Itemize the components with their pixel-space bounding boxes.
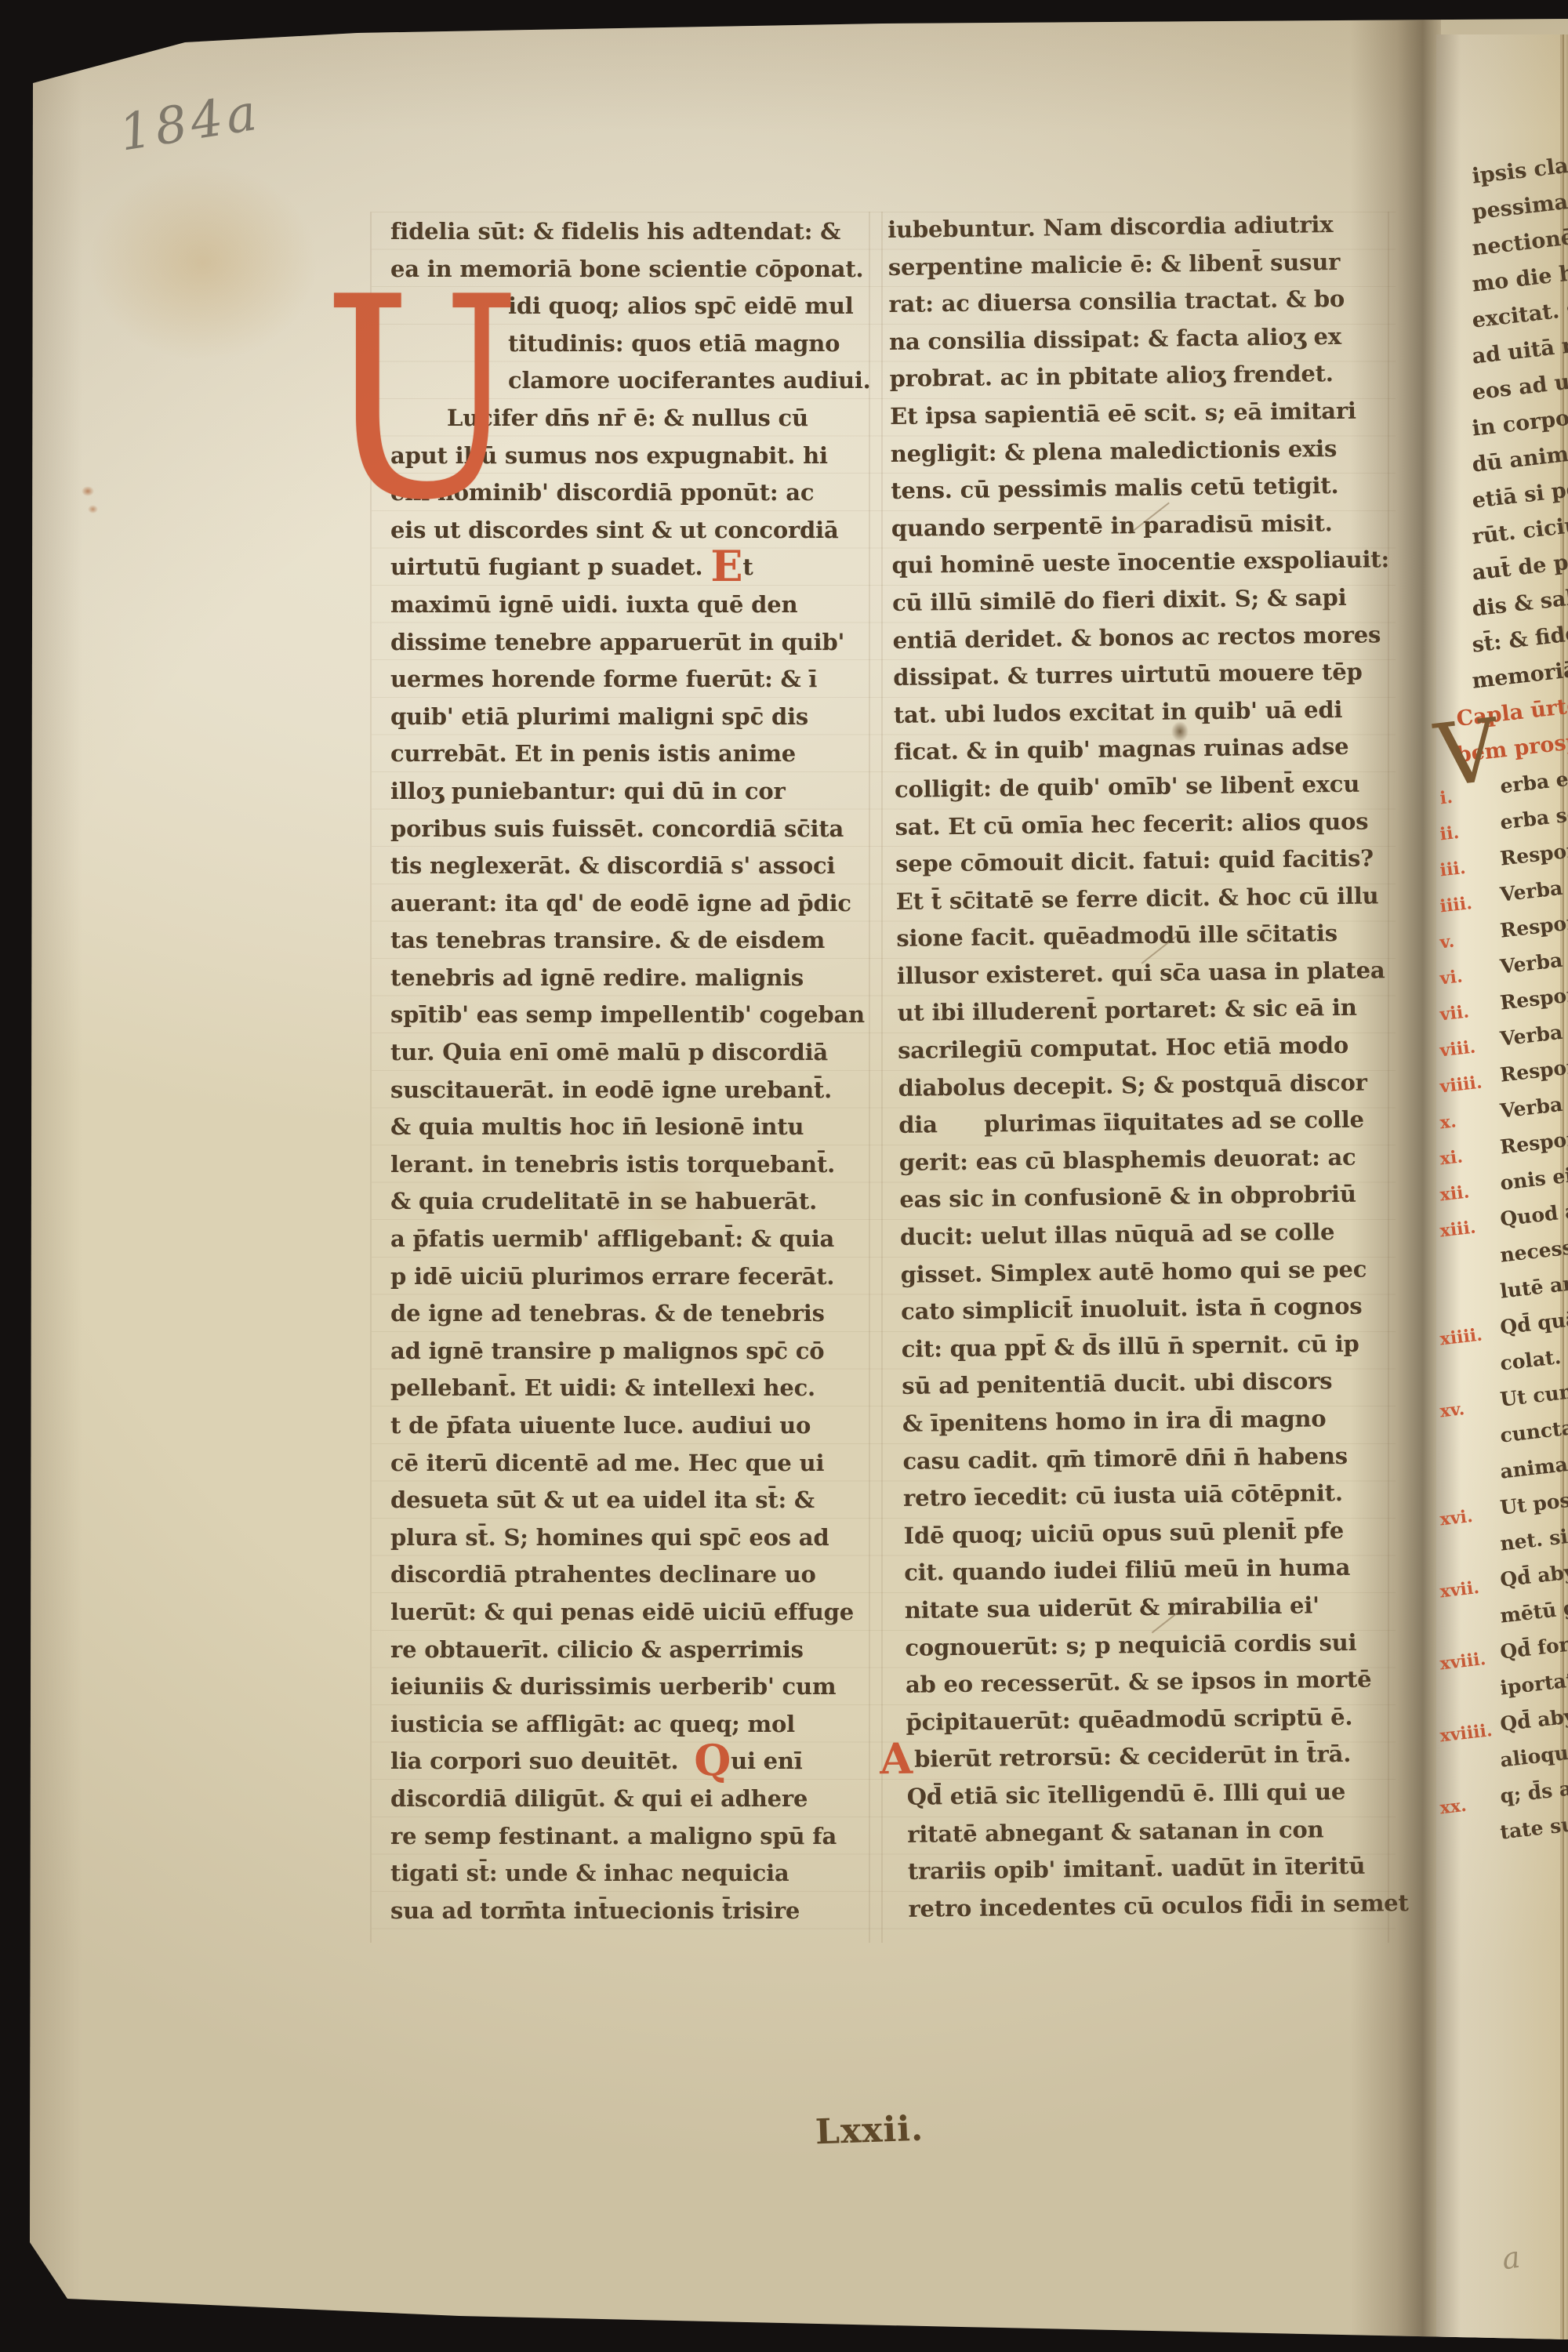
text-line: entiā deridet. & bonos ac rectos mores — [892, 616, 1404, 660]
text-segment: & īpenitens homo in ira d̄i magno — [902, 1405, 1327, 1437]
text-segment: cognouerūt: s; p nequiciā cordis sui — [905, 1628, 1356, 1661]
text-segment: discordiā ptrahentes declinare uo — [390, 1561, 816, 1588]
text-segment: nitate sua uiderūt & mirabilia ei' — [905, 1592, 1319, 1623]
quire-signature: Lxxii. — [815, 2109, 924, 2153]
text-segment: Et t̄ sc̄itatē se ferre dicit. & hoc cū … — [896, 882, 1379, 915]
text-line: sua ad torm̄ta int̄uecionis t̄risire — [390, 1893, 870, 1930]
text-line: re semp festinant. a maligno spū fa — [390, 1818, 870, 1856]
text-segment: illusor existeret. qui sc̄a uasa in plat… — [897, 956, 1385, 989]
text-line: luerūt: & qui penas eidē uiciū effuge — [390, 1594, 870, 1632]
text-segment: dissime tenebre apparuerūt in quib' — [390, 629, 844, 655]
text-line: quando serpentē in paradisū misit. — [891, 504, 1403, 548]
text-segment: rat: ac diuersa consilia tractat. & bo — [888, 285, 1345, 318]
text-line: a p̄fatis uermib' affligebant̄: & quia — [390, 1221, 870, 1258]
text-segment: tas tenebras transire. & de eisdem — [390, 927, 825, 953]
text-line: Et ipsa sapientiā eē scit. s; eā imitari — [890, 392, 1402, 436]
text-segment: illoʒ puniebantur: qui dū in cor — [390, 778, 786, 804]
text-segment: ducit: uelut illas nūquā ad se colle — [900, 1218, 1335, 1250]
text-line: rat: ac diuersa consilia tractat. & bo — [888, 280, 1400, 324]
photo-backdrop: { "photo": { "folio_number": "184a", "qu… — [0, 0, 1568, 2352]
text-segment: tenebris ad ignē redire. malignis — [390, 964, 804, 991]
text-segment: Et ipsa sapientiā eē scit. s; eā imitari — [890, 397, 1356, 430]
text-segment: probrat. ac in pbitate alioʒ frendet. — [889, 360, 1333, 392]
text-line: p idē uiciū plurimos errare fecerāt. — [390, 1258, 870, 1296]
text-column-left: fidelia sūt: & fidelis his adtendat: &ea… — [390, 213, 870, 1929]
text-line: sione facit. quēadmodū ille sc̄itatis — [896, 914, 1408, 958]
text-line: cit. quando iudei filiū meū in huma — [904, 1548, 1416, 1592]
text-segment: p idē uiciū plurimos errare fecerāt. — [390, 1263, 834, 1290]
text-line: currebāt. Et in penis istis anime — [390, 735, 870, 773]
text-segment: p̄cipitauerūt: quēadmodū scriptū ē. — [906, 1704, 1352, 1736]
text-line: casu cadit. qm̄ timorē dn̄i n̄ habens — [902, 1437, 1414, 1481]
text-segment: cū illū similē do fieri dixit. S; & sapi — [892, 584, 1347, 616]
text-line: dia plurimas īiquitates ad se colle — [898, 1101, 1410, 1145]
text-line: p̄cipitauerūt: quēadmodū scriptū ē. — [906, 1698, 1417, 1742]
text-segment: spītib' eas semp impellentib' cogeban — [390, 1001, 865, 1028]
text-segment: & quia crudelitatē in se habuerāt. — [390, 1188, 817, 1214]
text-line: ducit: uelut illas nūquā ad se colle — [900, 1213, 1412, 1257]
rubricated-initial-A: A — [880, 1759, 914, 1759]
text-line: poribus suis fuissēt. concordiā sc̄ita — [390, 811, 870, 848]
text-line: sat. Et cū omīa hec fecerit: alios quos — [895, 802, 1406, 846]
text-segment: tis neglexerāt. & discordiā s' associ — [390, 852, 835, 879]
text-segment: lerant. in tenebris istis torquebant̄. — [390, 1151, 835, 1178]
text-segment: re obtauerīt. cilicio & asperrimis — [390, 1636, 804, 1663]
text-line: cē iterū dicentē ad me. Hec que ui — [390, 1445, 870, 1483]
text-line: cit: qua ppt̄ & d̄s illū n̄ spernit. cū … — [901, 1325, 1413, 1369]
text-line: diabolus decepit. S; & postquā discor — [898, 1064, 1410, 1108]
text-segment: pellebant̄. Et uidi: & intellexi hec. — [390, 1374, 815, 1401]
text-line: na consilia dissipat: & facta alioʒ ex — [889, 318, 1401, 361]
text-line: auerant: ita qd' de eodē igne ad p̄dic — [390, 885, 870, 923]
text-segment: uermes horende forme fuerūt: & ī — [390, 666, 817, 692]
text-segment: entiā deridet. & bonos ac rectos mores — [892, 621, 1381, 654]
rubricated-initial-Q: Q — [694, 1735, 731, 1785]
text-segment: dia plurimas īiquitates ad se colle — [898, 1106, 1364, 1138]
text-line: tat. ubi ludos excitat in quib' uā edi — [894, 691, 1406, 735]
text-segment: suscitauerāt. in eodē igne urebant̄. — [390, 1076, 832, 1103]
text-segment: re semp festinant. a maligno spū fa — [390, 1823, 837, 1849]
text-segment: retro īecedit: cū iusta uiā cōtēpnit. — [903, 1479, 1343, 1512]
text-segment: qui hominē ueste īnocentie exspoliauit: — [891, 546, 1389, 579]
text-line: negligit: & plena maledictionis exis — [890, 430, 1402, 474]
text-line: Idē quoq; uiciū opus suū plenit̄ pfe — [903, 1512, 1415, 1555]
text-segment: auerant: ita qd' de eodē igne ad p̄dic — [390, 890, 851, 916]
text-line: qui hominē ueste īnocentie exspoliauit: — [891, 541, 1403, 585]
text-segment: cit: qua ppt̄ & d̄s illū n̄ spernit. cū … — [902, 1330, 1359, 1363]
text-line: discordiā ptrahentes declinare uo — [390, 1556, 870, 1594]
text-segment: sacrilegiū computat. Hoc etiā modo — [898, 1032, 1348, 1064]
text-segment: discordiā diligūt. & qui ei adhere — [390, 1785, 808, 1812]
text-segment: poribus suis fuissēt. concordiā sc̄ita — [390, 815, 844, 842]
text-segment: ritatē abnegant & satanan in con — [907, 1816, 1324, 1847]
text-line: desueta sūt & ut ea uidel ita st̄: & — [390, 1482, 870, 1519]
text-line: tur. Quia enī omē malū p discordiā — [390, 1034, 870, 1072]
text-segment: titudinis: quos etiā magno — [508, 330, 840, 357]
text-line: ritatē abnegant & satanan in con — [907, 1809, 1419, 1853]
text-segment: ad ignē transire p malignos spc̄ cō — [390, 1338, 824, 1364]
text-line: & quia multis hoc in̄ lesionē intu — [390, 1109, 870, 1146]
manuscript-page: 184a fidelia sūt: & fidelis his adtendat… — [20, 16, 1568, 2339]
text-line: tis neglexerāt. & discordiā s' associ — [390, 848, 870, 885]
text-line: eas sic in confusionē & in obprobriū — [899, 1175, 1411, 1219]
text-line: & īpenitens homo in ira d̄i magno — [902, 1399, 1414, 1443]
text-segment: idi quoq; alios spc̄ eidē mul — [508, 292, 854, 319]
text-segment: dissipat. & turres uirtutū mouere tēp — [893, 659, 1363, 691]
text-line: probrat. ac in pbitate alioʒ frendet. — [889, 354, 1401, 398]
text-line: gerit: eas cū blasphemis deuorat: ac — [899, 1138, 1411, 1182]
text-segment: tur. Quia enī omē malū p discordiā — [390, 1039, 828, 1065]
folio-number-pencil: 184a — [115, 83, 264, 162]
text-line: discordiā diligūt. & qui ei adhere — [390, 1780, 870, 1818]
text-segment: cē iterū dicentē ad me. Hec que ui — [390, 1450, 824, 1476]
text-line: ieiuniis & durissimis uerberib' cum — [390, 1668, 870, 1706]
text-segment: ut ibi illuderent̄ portaret: & sic eā in — [897, 994, 1357, 1026]
text-segment: plura st̄. S; homines qui spc̄ eos ad — [390, 1524, 829, 1551]
text-line: retro īecedit: cū iusta uiā cōtēpnit. — [903, 1474, 1415, 1518]
text-segment: Qd̄ etiā sic ītelligendū ē. Illi qui ue — [906, 1778, 1345, 1810]
text-segment: ficat. & in quib' magnas ruinas adse — [894, 733, 1348, 765]
text-segment: na consilia dissipat: & facta alioʒ ex — [889, 323, 1341, 355]
text-line: lia corpori suo deuitēt. Qui enī — [390, 1743, 870, 1780]
text-line: Et t̄ sc̄itatē se ferre dicit. & hoc cū … — [895, 877, 1407, 921]
text-segment: lia corpori suo deuitēt. — [390, 1748, 694, 1774]
text-line: sū ad penitentiā ducit. ubi discors — [902, 1362, 1414, 1406]
text-segment: cato simplicit̄ inuoluit. ista n̄ cognos — [901, 1293, 1363, 1325]
text-line: ab eo recesserūt. & se ipsos in mortē — [906, 1661, 1417, 1704]
text-segment: a p̄fatis uermib' affligebant̄: & quia — [390, 1225, 834, 1252]
text-segment: sua ad torm̄ta int̄uecionis t̄risire — [390, 1897, 800, 1924]
text-segment: de igne ad tenebras. & de tenebris — [390, 1300, 825, 1327]
text-line: suscitauerāt. in eodē igne urebant̄. — [390, 1072, 870, 1109]
text-line: gisset. Simplex autē homo qui se pec — [900, 1250, 1412, 1294]
next-page-text-fragment: ipsis claudūt: undpessimas tēptationecti… — [1450, 162, 1568, 1857]
text-line: t de p̄fata uiuente luce. audiui uo — [390, 1407, 870, 1445]
text-segment: negligit: & plena maledictionis exis — [891, 435, 1338, 467]
text-line: quib' etiā plurimi maligni spc̄ dis — [390, 699, 870, 736]
text-line: sepe cōmouit dicit. fatui: quid facitis? — [895, 840, 1407, 884]
text-line: colligit: de quib' omīb' se libent̄ excu — [895, 765, 1406, 809]
parchment-stain — [89, 165, 317, 361]
text-line: dissipat. & turres uirtutū mouere tēp — [893, 653, 1405, 697]
rubricated-initial-E: E — [710, 541, 742, 591]
text-line: ut ibi illuderent̄ portaret: & sic eā in — [897, 989, 1409, 1033]
text-segment: desueta sūt & ut ea uidel ita st̄: & — [390, 1486, 815, 1513]
text-line: spītib' eas semp impellentib' cogeban — [390, 996, 870, 1034]
illuminated-initial-U: U — [323, 261, 472, 539]
text-line: serpentine malicie ē: & libent̄ susur — [888, 243, 1400, 287]
text-segment: cit. quando iudei filiū meū in huma — [904, 1554, 1350, 1586]
text-segment: quib' etiā plurimi maligni spc̄ dis — [390, 703, 808, 730]
text-line: iusticia se affligāt: ac queq; mol — [390, 1706, 870, 1744]
text-segment: ab eo recesserūt. & se ipsos in mortē — [906, 1666, 1372, 1698]
text-line: tigati st̄: unde & inhac nequicia — [390, 1855, 870, 1893]
text-segment: t — [742, 554, 753, 580]
text-column-right: iubebuntur. Nam discordia adiutrixserpen… — [887, 205, 1420, 1928]
text-line: de igne ad tenebras. & de tenebris — [390, 1295, 870, 1333]
text-segment: sepe cōmouit dicit. fatui: quid facitis? — [895, 845, 1374, 877]
text-segment: iusticia se affligāt: ac queq; mol — [390, 1711, 795, 1737]
text-segment: sū ad penitentiā ducit. ubi discors — [902, 1368, 1332, 1400]
text-line: retro incedentes cū oculos fid̄i in seme… — [908, 1885, 1420, 1929]
text-segment: bierūt retrorsū: & ceciderūt in t̄rā. — [914, 1740, 1351, 1773]
text-segment: gisset. Simplex autē homo qui se pec — [900, 1255, 1367, 1287]
text-line: & quia crudelitatē in se habuerāt. — [390, 1183, 870, 1221]
text-segment: Idē quoq; uiciū opus suū plenit̄ pfe — [903, 1517, 1344, 1549]
text-segment: casu cadit. qm̄ timorē dn̄i n̄ habens — [902, 1443, 1348, 1475]
text-segment: diabolus decepit. S; & postquā discor — [898, 1069, 1367, 1101]
text-line: ficat. & in quib' magnas ruinas adse — [894, 728, 1406, 771]
text-line: dissime tenebre apparuerūt in quib' — [390, 624, 870, 662]
text-segment: colligit: de quib' omīb' se libent̄ excu — [895, 771, 1360, 803]
parchment-stain — [88, 505, 98, 514]
text-segment: quando serpentē in paradisū misit. — [891, 510, 1333, 542]
text-line: tens. cū pessimis malis cetū tetigit. — [891, 466, 1403, 510]
ruling-vertical-line — [881, 212, 883, 1943]
text-line: nitate sua uiderūt & mirabilia ei' — [905, 1586, 1417, 1630]
text-segment: clamore uociferantes audiui. — [508, 367, 871, 394]
text-line: pellebant̄. Et uidi: & intellexi hec. — [390, 1370, 870, 1407]
text-line: cato simplicit̄ inuoluit. ista n̄ cognos — [901, 1287, 1413, 1331]
text-line: trariis opib' imitant̄. uadūt in īteritū — [908, 1847, 1420, 1891]
text-line: illoʒ puniebantur: qui dū in cor — [390, 773, 870, 811]
text-line: illusor existeret. qui sc̄a uasa in plat… — [897, 952, 1409, 996]
text-line: cognouerūt: s; p nequiciā cordis sui — [905, 1623, 1417, 1667]
text-segment: sione facit. quēadmodū ille sc̄itatis — [896, 920, 1338, 952]
text-segment: iubebuntur. Nam discordia adiutrix — [887, 211, 1333, 243]
text-line: sacrilegiū computat. Hoc etiā modo — [898, 1026, 1410, 1070]
text-segment: maximū ignē uidi. iuxta quē den — [390, 591, 797, 618]
text-line: tenebris ad ignē redire. malignis — [390, 960, 870, 997]
text-segment: tat. ubi ludos excitat in quib' uā edi — [894, 696, 1343, 728]
text-segment: trariis opib' imitant̄. uadūt in īteritū — [908, 1853, 1366, 1885]
text-line: Qd̄ etiā sic ītelligendū ē. Illi qui ue — [906, 1773, 1418, 1817]
text-segment: tigati st̄: unde & inhac nequicia — [390, 1860, 789, 1886]
text-segment: retro incedentes cū oculos fid̄i in seme… — [908, 1889, 1409, 1922]
text-segment: ui enī — [731, 1748, 803, 1774]
text-segment: t de p̄fata uiuente luce. audiui uo — [390, 1412, 811, 1439]
text-segment: gerit: eas cū blasphemis deuorat: ac — [899, 1144, 1356, 1176]
text-line: cū illū similē do fieri dixit. S; & sapi — [892, 579, 1404, 622]
text-segment: luerūt: & qui penas eidē uiciū effuge — [390, 1599, 854, 1625]
text-line: plura st̄. S; homines qui spc̄ eos ad — [390, 1519, 870, 1557]
text-line: lerant. in tenebris istis torquebant̄. — [390, 1146, 870, 1184]
text-line: maximū ignē uidi. iuxta quē den — [390, 586, 870, 624]
parchment-stain — [82, 486, 94, 496]
text-segment: eas sic in confusionē & in obprobriū — [899, 1181, 1356, 1213]
text-line: re obtauerīt. cilicio & asperrimis — [390, 1632, 870, 1669]
text-line: tas tenebras transire. & de eisdem — [390, 922, 870, 960]
text-line: iubebuntur. Nam discordia adiutrix — [887, 205, 1399, 249]
text-segment: & quia multis hoc in̄ lesionē intu — [390, 1113, 804, 1140]
text-segment: serpentine malicie ē: & libent̄ susur — [888, 249, 1341, 281]
text-segment: ieiuniis & durissimis uerberib' cum — [390, 1673, 836, 1700]
text-segment: sat. Et cū omīa hec fecerit: alios quos — [895, 808, 1368, 840]
text-line: Abierūt retrorsū: & ceciderūt in t̄rā. — [906, 1735, 1418, 1779]
text-line: ad ignē transire p malignos spc̄ cō — [390, 1333, 870, 1370]
text-segment: currebāt. Et in penis istis anime — [390, 740, 796, 767]
text-segment: tens. cū pessimis malis cetū tetigit. — [891, 472, 1338, 504]
text-line: uermes horende forme fuerūt: & ī — [390, 661, 870, 699]
